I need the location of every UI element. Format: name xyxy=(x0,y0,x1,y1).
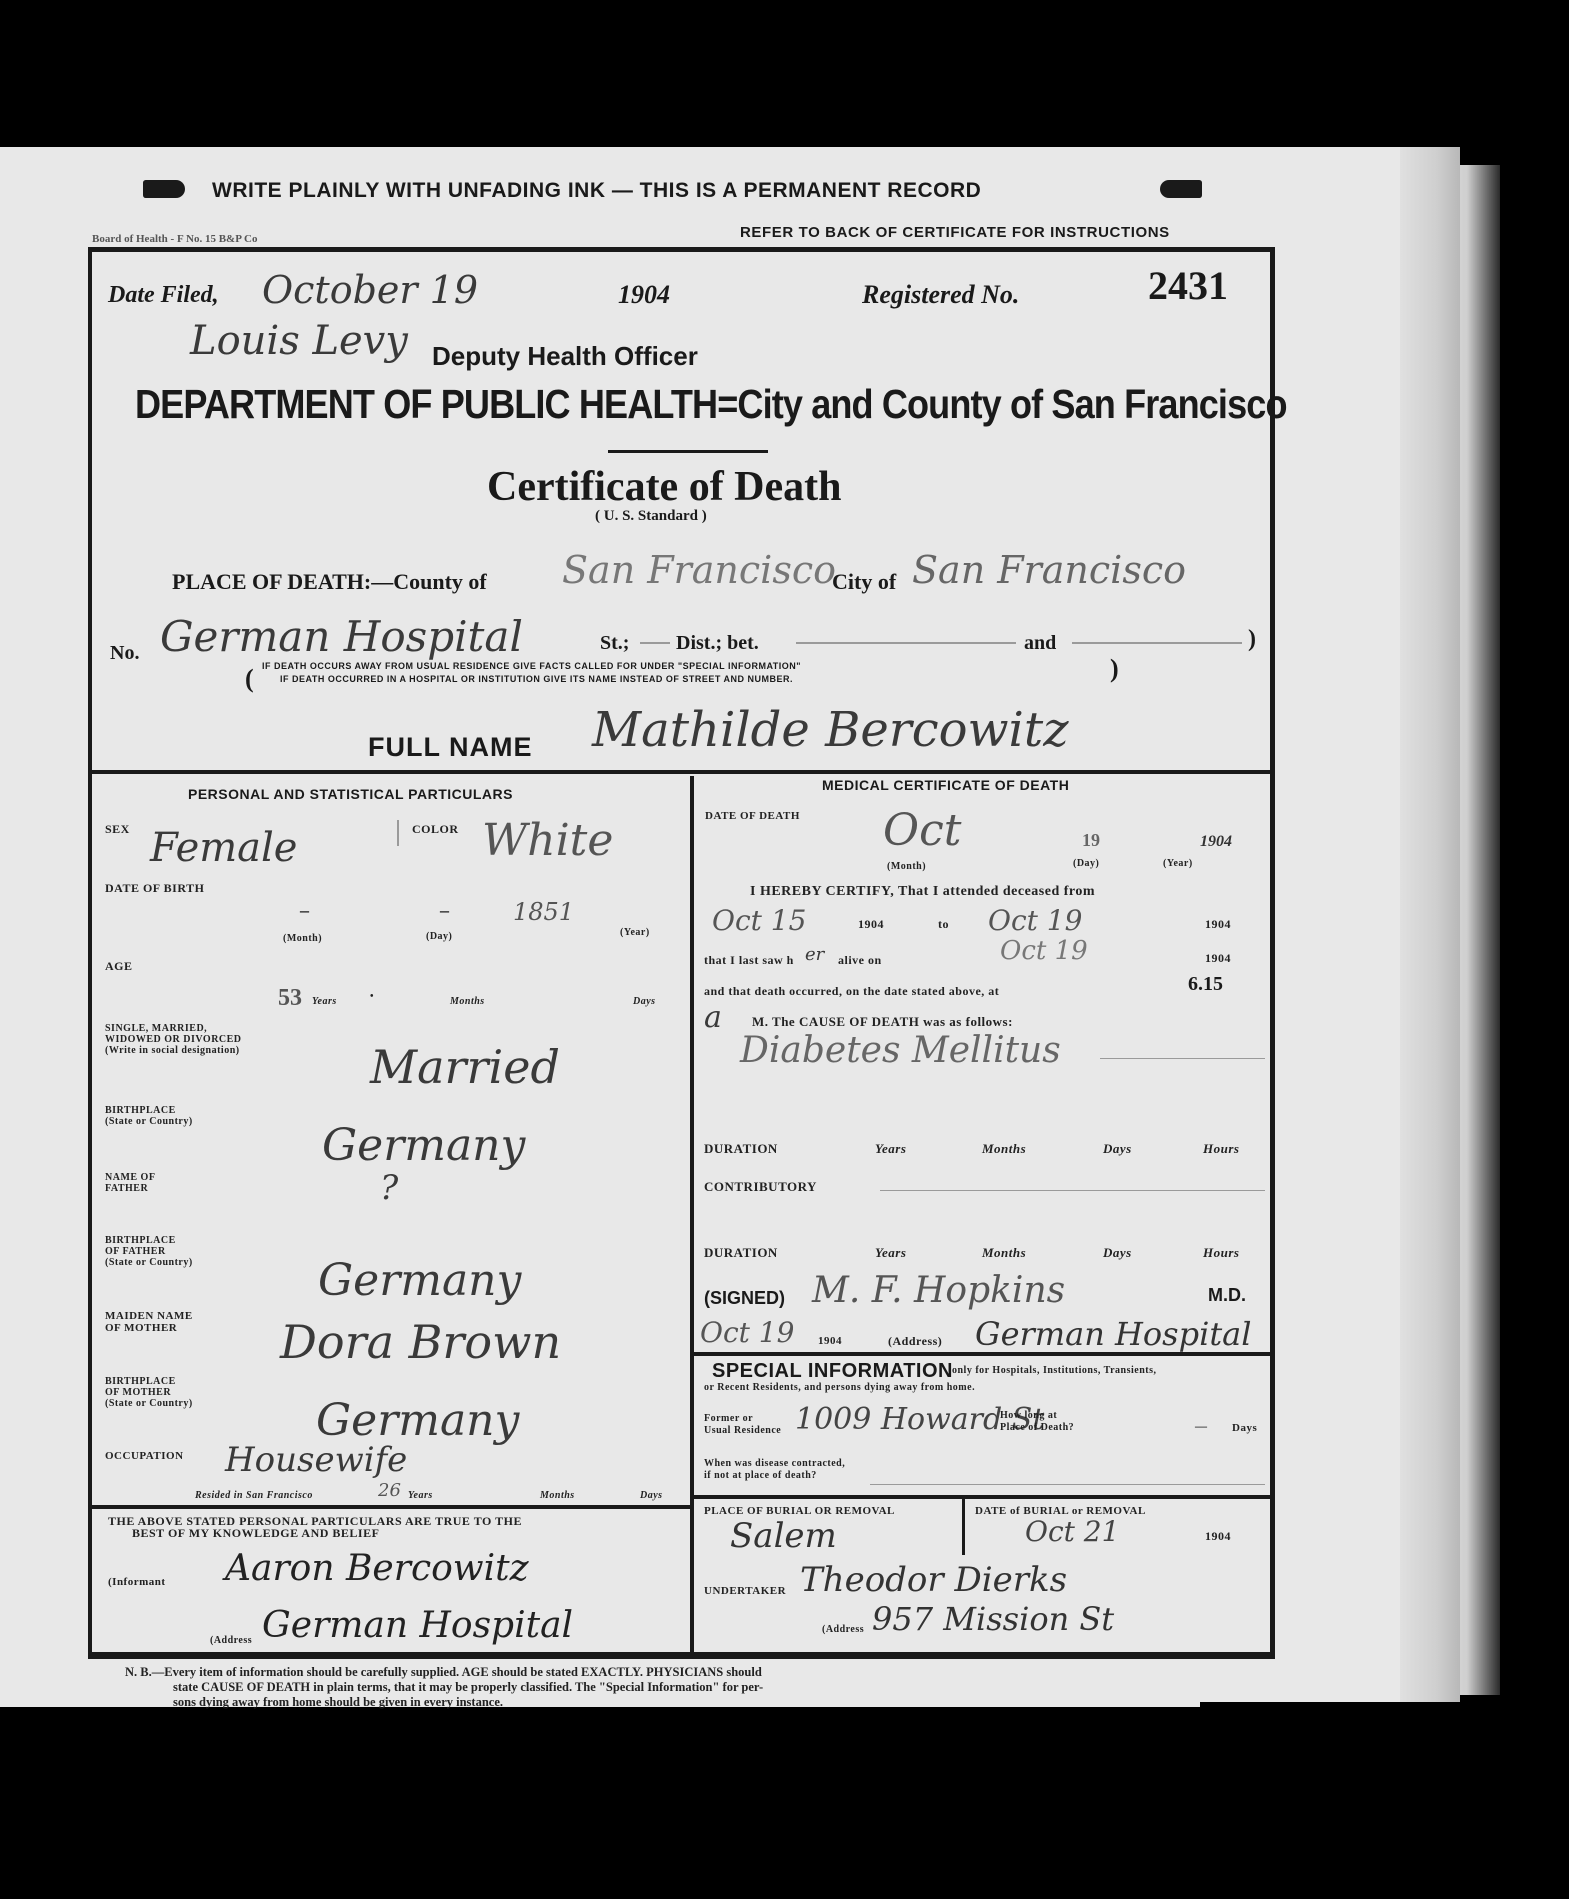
sex-label: SEX xyxy=(105,823,130,836)
form-id: Board of Health - F No. 15 B&P Co xyxy=(92,233,258,245)
attend-from-year: 1904 xyxy=(858,918,884,931)
informant-address-label: (Address xyxy=(210,1634,252,1647)
dob-month: – xyxy=(300,900,309,921)
father-bp-label-line: BIRTHPLACE xyxy=(105,1235,193,1246)
street-line xyxy=(640,642,670,644)
am-pm: a xyxy=(704,1000,722,1035)
contributory-label: CONTRIBUTORY xyxy=(704,1180,817,1193)
occupation-label: OCCUPATION xyxy=(105,1450,184,1463)
certify-text: I HEREBY CERTIFY, That I attended deceas… xyxy=(750,885,1095,898)
signed-label: (SIGNED) xyxy=(704,1288,785,1309)
contracted-line xyxy=(870,1484,1265,1485)
father-name-label: NAME OF FATHER xyxy=(105,1172,155,1194)
age-years: 53 xyxy=(278,985,302,1012)
page-bottom-shadow xyxy=(1200,1702,1500,1899)
burial-year: 1904 xyxy=(1205,1530,1231,1543)
contracted-label: When was disease contracted, if not at p… xyxy=(704,1458,845,1482)
personal-heading: PERSONAL AND STATISTICAL PARTICULARS xyxy=(188,786,513,802)
residence-label-line: Former or xyxy=(704,1413,781,1425)
duration-months-2: Months xyxy=(982,1246,1026,1259)
footer-note-line: sons dying away from home should be give… xyxy=(125,1695,763,1710)
age-days-caption: Days xyxy=(633,995,656,1008)
attend-to: Oct 19 xyxy=(988,904,1082,937)
certificate-standard: ( U. S. Standard ) xyxy=(595,508,707,525)
dod-month-caption: (Month) xyxy=(887,860,926,873)
birthplace-label-line: BIRTHPLACE xyxy=(105,1105,193,1116)
undertaker-address-label: (Address xyxy=(822,1623,864,1636)
how-long-label-line: Place of Death? xyxy=(1000,1422,1074,1434)
father-birthplace-label: BIRTHPLACE OF FATHER (State or Country) xyxy=(105,1235,193,1268)
resided-years-caption: Years xyxy=(408,1489,433,1502)
burial-divider xyxy=(694,1495,1270,1499)
alive-on-label: alive on xyxy=(838,954,882,967)
duration-hours: Hours xyxy=(1203,1142,1239,1155)
undertaker-address: 957 Mission St xyxy=(872,1600,1114,1638)
dod-label: DATE OF DEATH xyxy=(705,810,800,823)
mother-birthplace-label: BIRTHPLACE OF MOTHER (State or Country) xyxy=(105,1376,193,1409)
last-saw-text: that I last saw h xyxy=(704,954,794,967)
pointing-hand-right-icon xyxy=(1160,180,1202,203)
date-filed-label: Date Filed, xyxy=(108,282,219,309)
footer-note: N. B.—Every item of information should b… xyxy=(125,1665,763,1710)
last-saw-pronoun: er xyxy=(805,944,824,965)
mother-label-line: MAIDEN NAME xyxy=(105,1310,193,1322)
birthplace-value: Germany xyxy=(322,1120,525,1171)
sex-color-divider xyxy=(397,820,399,846)
informant-label: (Informant xyxy=(108,1576,166,1589)
undertaker-name: Theodor Dierks xyxy=(800,1560,1067,1600)
resided-months-caption: Months xyxy=(540,1489,575,1502)
registered-number: 2431 xyxy=(1148,262,1228,309)
father-birthplace-value: Germany xyxy=(318,1255,521,1306)
certificate-title: Certificate of Death xyxy=(487,463,842,511)
full-name-label: FULL NAME xyxy=(368,732,533,763)
title-divider xyxy=(608,450,768,453)
informant-divider xyxy=(92,1505,690,1509)
date-filed-value: October 19 xyxy=(262,268,478,312)
attend-to-year: 1904 xyxy=(1205,918,1231,931)
duration-years-2: Years xyxy=(875,1246,906,1259)
footer-note-line: N. B.—Every item of information should b… xyxy=(125,1665,763,1680)
duration-label-2: DURATION xyxy=(704,1246,778,1259)
resided-years: 26 xyxy=(378,1480,401,1501)
city-value: San Francisco xyxy=(912,548,1186,592)
dod-year-caption: (Year) xyxy=(1163,857,1193,870)
duration-hours-2: Hours xyxy=(1203,1246,1239,1259)
and-label: and xyxy=(1024,632,1056,655)
marital-label: SINGLE, MARRIED, WIDOWED OR DIVORCED (Wr… xyxy=(105,1023,242,1056)
special-heading: SPECIAL INFORMATION xyxy=(712,1360,953,1383)
mother-bp-label-line: (State or Country) xyxy=(105,1398,193,1409)
medical-heading: MEDICAL CERTIFICATE OF DEATH xyxy=(822,777,1069,793)
physician-address-label: (Address) xyxy=(888,1335,942,1348)
dob-day-caption: (Day) xyxy=(426,930,452,943)
resided-label: Resided in San Francisco xyxy=(195,1489,313,1502)
attend-to-label: to xyxy=(938,918,949,931)
cause-line xyxy=(1100,1058,1265,1059)
full-name-value: Mathilde Bercowitz xyxy=(592,702,1068,758)
dob-day: – xyxy=(440,900,449,921)
contracted-label-line: if not at place of death? xyxy=(704,1470,845,1482)
marital-label-line: SINGLE, MARRIED, xyxy=(105,1023,242,1034)
last-saw-year: 1904 xyxy=(1205,952,1231,965)
mother-name-value: Dora Brown xyxy=(280,1315,561,1369)
mother-name-label: MAIDEN NAME OF MOTHER xyxy=(105,1310,193,1334)
physician-signature: M. F. Hopkins xyxy=(812,1270,1065,1311)
place-note-2: IF DEATH OCCURRED IN A HOSPITAL OR INSTI… xyxy=(280,674,793,684)
how-long-days: Days xyxy=(1232,1422,1257,1435)
duration-months: Months xyxy=(982,1142,1026,1155)
father-bp-label-line: (State or Country) xyxy=(105,1257,193,1268)
pointing-hand-left-icon xyxy=(143,180,185,203)
occupation-value: Housewife xyxy=(225,1440,407,1480)
contributory-line xyxy=(880,1190,1265,1191)
mother-birthplace-value: Germany xyxy=(316,1395,519,1446)
place-of-death-label: PLACE OF DEATH:—County of xyxy=(172,569,487,595)
officer-signature: Louis Levy xyxy=(190,318,408,364)
dob-month-caption: (Month) xyxy=(283,932,322,945)
duration-days-2: Days xyxy=(1103,1246,1132,1259)
section-divider xyxy=(92,770,1270,774)
physician-address: German Hospital xyxy=(975,1315,1251,1353)
duration-years: Years xyxy=(875,1142,906,1155)
special-subheading-2: or Recent Residents, and persons dying a… xyxy=(704,1381,975,1394)
form-right-border xyxy=(1270,247,1275,1657)
district-label: Dist.; bet. xyxy=(676,632,759,655)
and-line xyxy=(1072,642,1242,644)
father-bp-label-line: OF FATHER xyxy=(105,1246,193,1257)
marital-label-line: (Write in social designation) xyxy=(105,1045,242,1056)
age-months-value: • xyxy=(370,990,374,1003)
marital-label-line: WIDOWED OR DIVORCED xyxy=(105,1034,242,1045)
header-warning: WRITE PLAINLY WITH UNFADING INK — THIS I… xyxy=(212,179,981,203)
undertaker-label: UNDERTAKER xyxy=(704,1585,786,1598)
special-subheading-1: only for Hospitals, Institutions, Transi… xyxy=(952,1364,1156,1377)
informant-statement-line: BEST OF MY KNOWLEDGE AND BELIEF xyxy=(108,1527,522,1539)
informant-name: Aaron Bercowitz xyxy=(225,1548,529,1589)
color-label: COLOR xyxy=(412,823,459,836)
how-long-value: — xyxy=(1195,1420,1208,1433)
instructions-note: REFER TO BACK OF CERTIFICATE FOR INSTRUC… xyxy=(740,224,1170,241)
city-label: City of xyxy=(832,569,896,595)
district-line xyxy=(796,642,1016,644)
contracted-label-line: When was disease contracted, xyxy=(704,1458,845,1470)
officer-title: Deputy Health Officer xyxy=(432,341,698,372)
form-bottom-border xyxy=(88,1652,1275,1659)
registered-label: Registered No. xyxy=(862,280,1019,310)
resided-days-caption: Days xyxy=(640,1489,663,1502)
dob-label: DATE OF BIRTH xyxy=(105,882,204,895)
birthplace-label-line: (State or Country) xyxy=(105,1116,193,1127)
time-of-death: 6.15 xyxy=(1188,973,1223,996)
column-divider xyxy=(690,776,694,1656)
last-saw-date: Oct 19 xyxy=(1000,936,1088,966)
dod-month: Oct xyxy=(883,805,961,856)
color-value: White xyxy=(482,815,613,866)
marital-value: Married xyxy=(370,1040,560,1094)
informant-statement: THE ABOVE STATED PERSONAL PARTICULARS AR… xyxy=(108,1515,522,1539)
informant-address: German Hospital xyxy=(262,1605,573,1646)
street-no-value: German Hospital xyxy=(160,612,523,661)
age-months-caption: Months xyxy=(450,995,485,1008)
dob-year: 1851 xyxy=(513,898,574,926)
sex-value: Female xyxy=(150,825,297,871)
age-label: AGE xyxy=(105,960,133,973)
dod-day: 19 xyxy=(1082,830,1100,851)
signed-date: Oct 19 xyxy=(700,1316,794,1349)
birthplace-label: BIRTHPLACE (State or Country) xyxy=(105,1105,193,1127)
duration-label: DURATION xyxy=(704,1142,778,1155)
how-long-label-line: How long at xyxy=(1000,1410,1074,1422)
county-value: San Francisco xyxy=(562,548,836,592)
occurred-text: and that death occurred, on the date sta… xyxy=(704,985,999,998)
place-note-1: IF DEATH OCCURS AWAY FROM USUAL RESIDENC… xyxy=(262,661,801,671)
form-top-border xyxy=(88,247,1274,252)
paren-open: ( xyxy=(245,664,254,694)
burial-date-value: Oct 21 xyxy=(1025,1515,1119,1548)
paren-close: ) xyxy=(1248,626,1256,653)
special-divider xyxy=(694,1352,1270,1356)
filed-year: 1904 xyxy=(618,280,670,310)
street-label: St.; xyxy=(600,632,629,655)
father-name-value: ? xyxy=(380,1168,398,1208)
father-label-line: FATHER xyxy=(105,1183,155,1194)
age-years-caption: Years xyxy=(312,995,337,1008)
burial-place-value: Salem xyxy=(730,1516,837,1556)
father-label-line: NAME OF xyxy=(105,1172,155,1183)
dod-day-caption: (Day) xyxy=(1073,857,1099,870)
residence-label: Former or Usual Residence xyxy=(704,1413,781,1437)
how-long-label: How long at Place of Death? xyxy=(1000,1410,1074,1434)
md-label: M.D. xyxy=(1208,1285,1246,1306)
page-shadow xyxy=(1400,147,1460,1707)
duration-days: Days xyxy=(1103,1142,1132,1155)
dob-year-caption: (Year) xyxy=(620,926,650,939)
signed-year: 1904 xyxy=(818,1335,842,1348)
form-left-border xyxy=(88,247,92,1657)
cause-of-death: Diabetes Mellitus xyxy=(740,1030,1061,1071)
burial-column-divider xyxy=(962,1499,965,1555)
department-title: DEPARTMENT OF PUBLIC HEALTH=City and Cou… xyxy=(135,381,1287,428)
mother-label-line: OF MOTHER xyxy=(105,1322,193,1334)
mother-bp-label-line: BIRTHPLACE xyxy=(105,1376,193,1387)
dod-year: 1904 xyxy=(1200,833,1232,851)
footer-note-line: state CAUSE OF DEATH in plain terms, tha… xyxy=(125,1680,763,1695)
street-no-label: No. xyxy=(110,642,139,665)
residence-label-line: Usual Residence xyxy=(704,1425,781,1437)
cause-text: M. The CAUSE OF DEATH was as follows: xyxy=(752,1015,1013,1028)
attend-from: Oct 15 xyxy=(712,904,806,937)
paren-close-2: ) xyxy=(1110,654,1119,684)
mother-bp-label-line: OF MOTHER xyxy=(105,1387,193,1398)
